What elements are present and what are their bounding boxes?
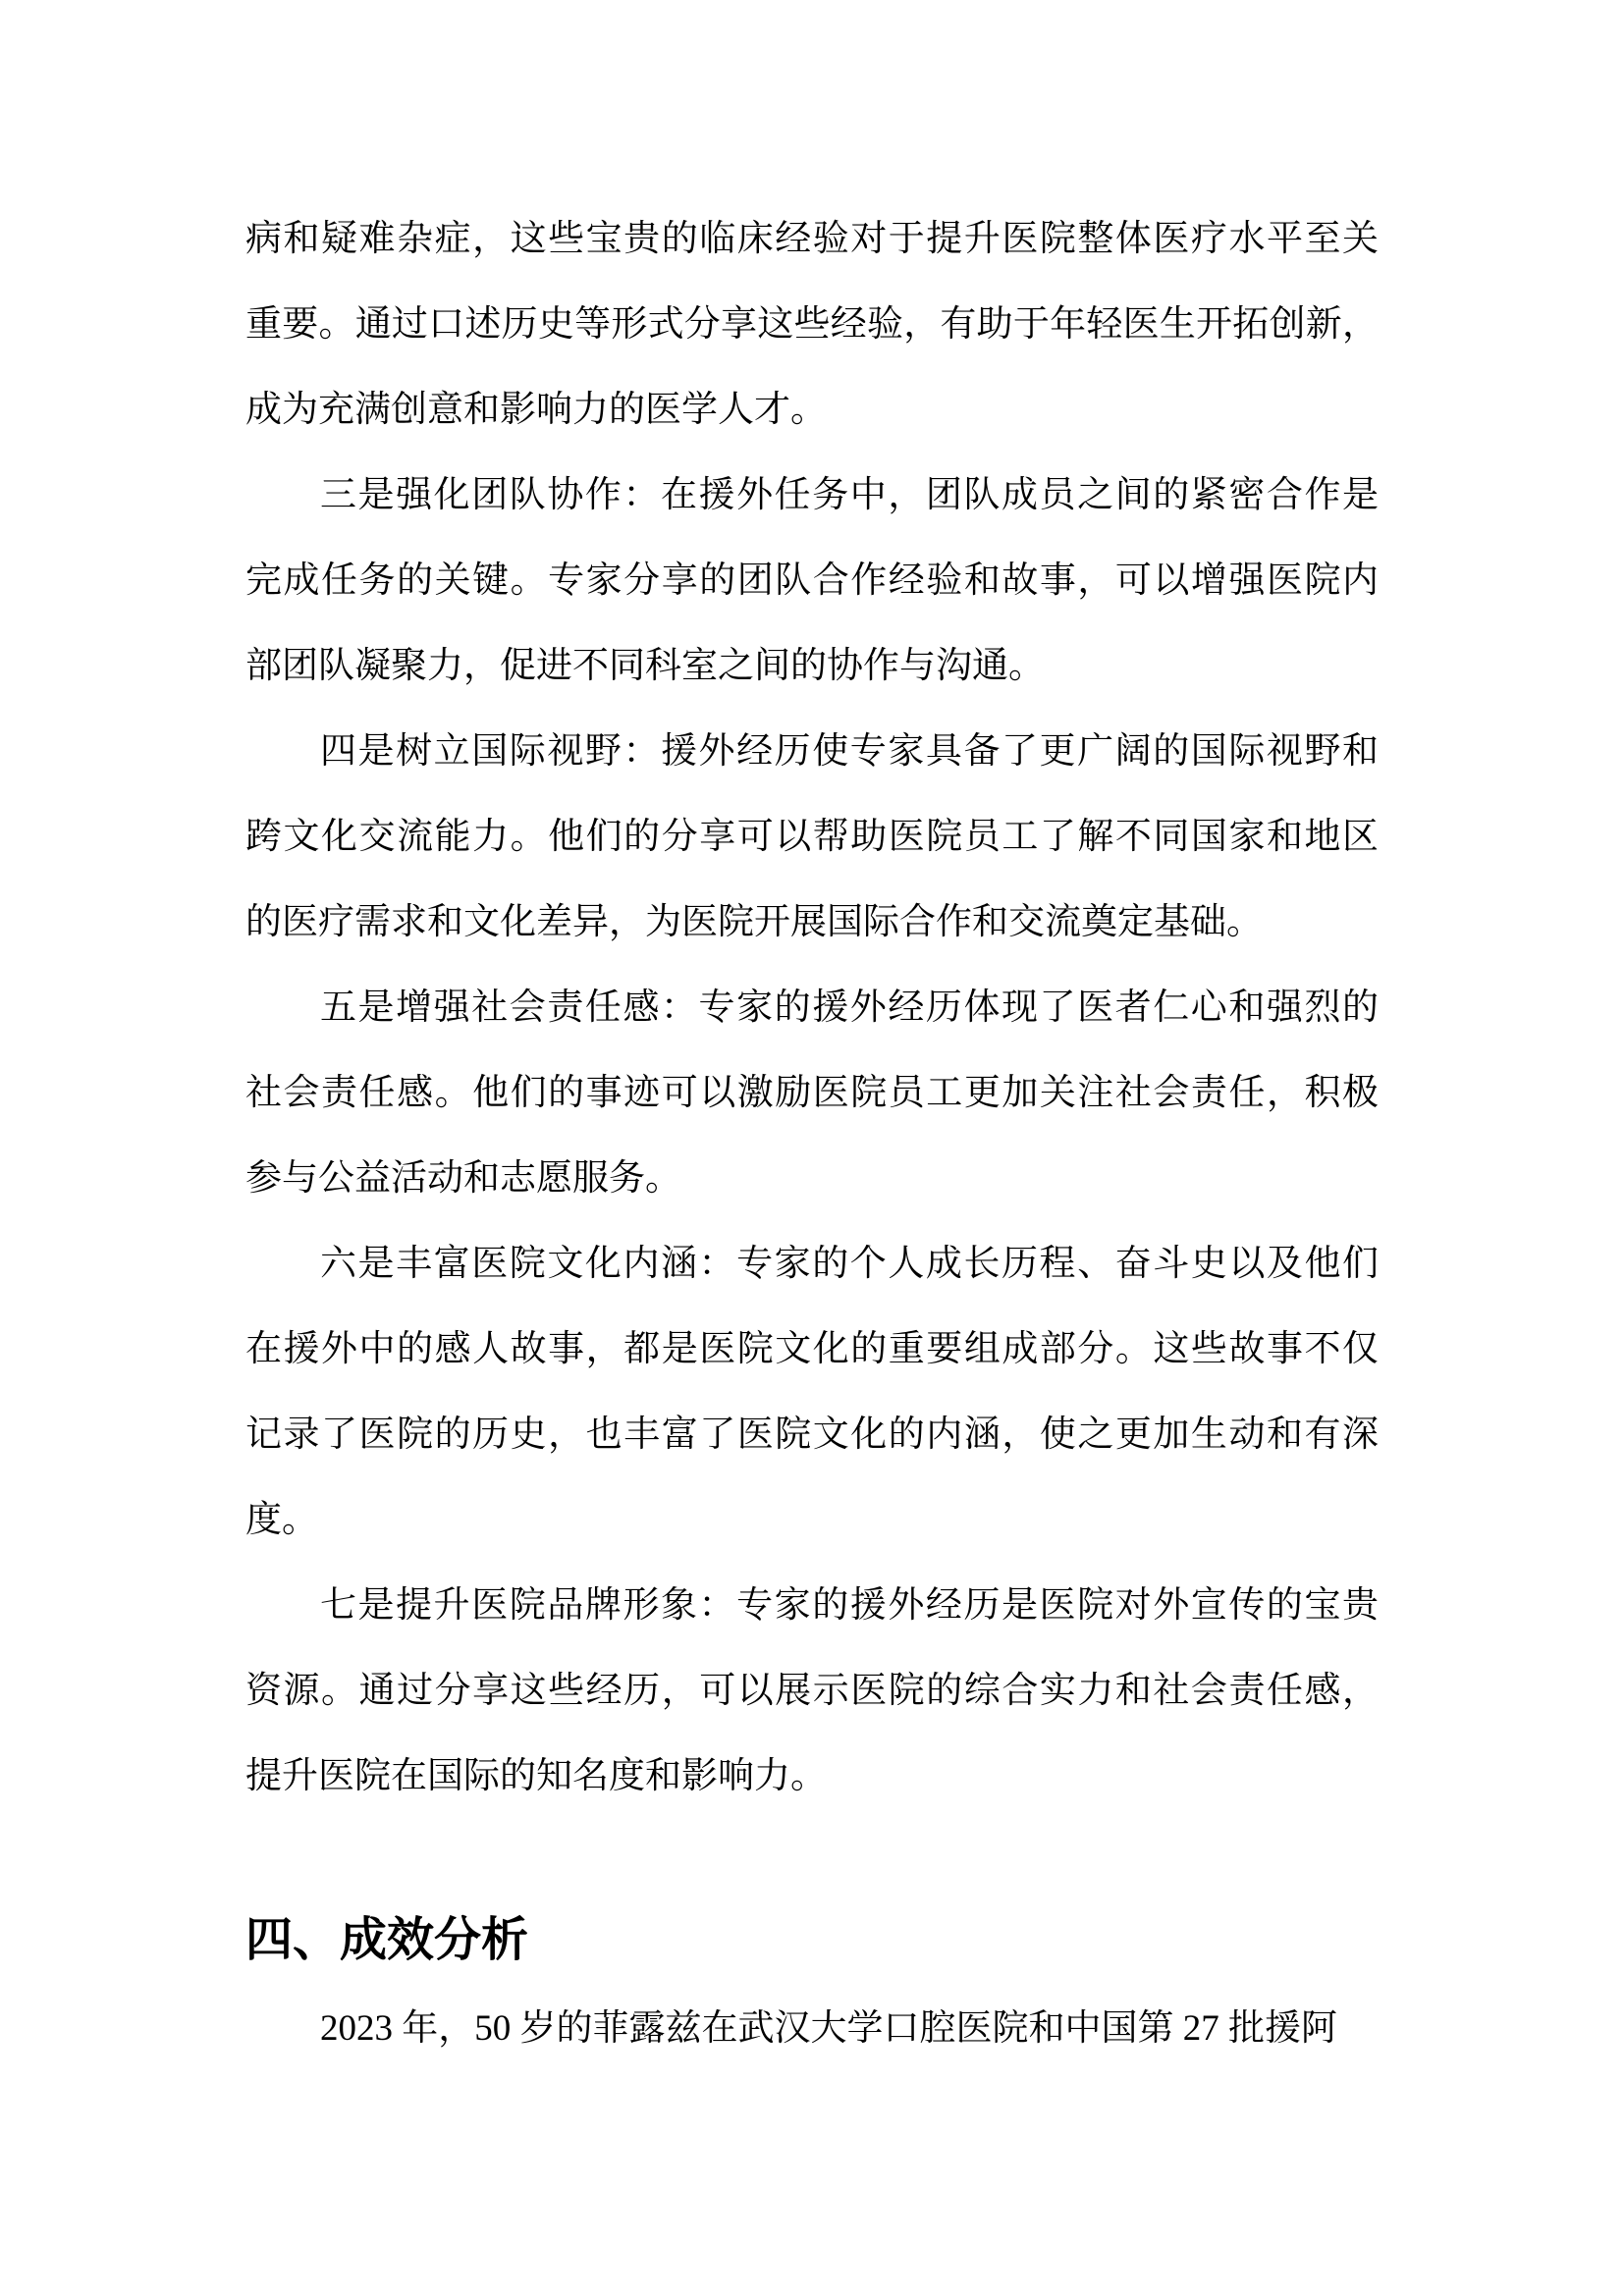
text-line: 重要。通过口述历史等形式分享这些经验，有助于年轻医生开拓创新， — [245, 282, 1379, 367]
text-line: 2023 年，50 岁的菲露兹在武汉大学口腔医院和中国第 27 批援阿 — [245, 1986, 1379, 2071]
text-line: 度。 — [245, 1477, 1379, 1563]
paragraph: 2023 年，50 岁的菲露兹在武汉大学口腔医院和中国第 27 批援阿 — [245, 1986, 1379, 2071]
text-line: 社会责任感。他们的事迹可以激励医院员工更加关注社会责任，积极 — [245, 1050, 1379, 1136]
paragraph: 五是增强社会责任感：专家的援外经历体现了医者仁心和强烈的 社会责任感。他们的事迹… — [245, 965, 1379, 1221]
text-line: 参与公益活动和志愿服务。 — [245, 1136, 1379, 1221]
text-line: 提升医院在国际的知名度和影响力。 — [245, 1734, 1379, 1819]
text-line: 成为充满创意和影响力的医学人才。 — [245, 367, 1379, 453]
section-heading: 四、成效分析 — [245, 1896, 1379, 1986]
document-content: 病和疑难杂症，这些宝贵的临床经验对于提升医院整体医疗水平至关 重要。通过口述历史… — [245, 196, 1379, 2071]
text-line: 病和疑难杂症，这些宝贵的临床经验对于提升医院整体医疗水平至关 — [245, 196, 1379, 282]
paragraph: 病和疑难杂症，这些宝贵的临床经验对于提升医院整体医疗水平至关 重要。通过口述历史… — [245, 196, 1379, 453]
text-line: 在援外中的感人故事，都是医院文化的重要组成部分。这些故事不仅 — [245, 1307, 1379, 1392]
paragraph: 六是丰富医院文化内涵：专家的个人成长历程、奋斗史以及他们 在援外中的感人故事，都… — [245, 1221, 1379, 1563]
document-page: 病和疑难杂症，这些宝贵的临床经验对于提升医院整体医疗水平至关 重要。通过口述历史… — [0, 0, 1624, 2296]
text-line: 五是增强社会责任感：专家的援外经历体现了医者仁心和强烈的 — [245, 965, 1379, 1050]
paragraph: 三是强化团队协作：在援外任务中，团队成员之间的紧密合作是 完成任务的关键。专家分… — [245, 453, 1379, 709]
text-line: 六是丰富医院文化内涵：专家的个人成长历程、奋斗史以及他们 — [245, 1221, 1379, 1307]
text-line: 记录了医院的历史，也丰富了医院文化的内涵，使之更加生动和有深 — [245, 1392, 1379, 1477]
text-line: 三是强化团队协作：在援外任务中，团队成员之间的紧密合作是 — [245, 453, 1379, 538]
text-line: 完成任务的关键。专家分享的团队合作经验和故事，可以增强医院内 — [245, 538, 1379, 623]
text-line: 资源。通过分享这些经历，可以展示医院的综合实力和社会责任感， — [245, 1648, 1379, 1734]
text-line: 部团队凝聚力，促进不同科室之间的协作与沟通。 — [245, 623, 1379, 709]
paragraph: 四是树立国际视野：援外经历使专家具备了更广阔的国际视野和 跨文化交流能力。他们的… — [245, 709, 1379, 965]
text-line: 跨文化交流能力。他们的分享可以帮助医院员工了解不同国家和地区 — [245, 794, 1379, 880]
paragraph: 七是提升医院品牌形象：专家的援外经历是医院对外宣传的宝贵 资源。通过分享这些经历… — [245, 1563, 1379, 1819]
text-line: 的医疗需求和文化差异，为医院开展国际合作和交流奠定基础。 — [245, 880, 1379, 965]
text-line: 七是提升医院品牌形象：专家的援外经历是医院对外宣传的宝贵 — [245, 1563, 1379, 1648]
text-line: 四是树立国际视野：援外经历使专家具备了更广阔的国际视野和 — [245, 709, 1379, 794]
